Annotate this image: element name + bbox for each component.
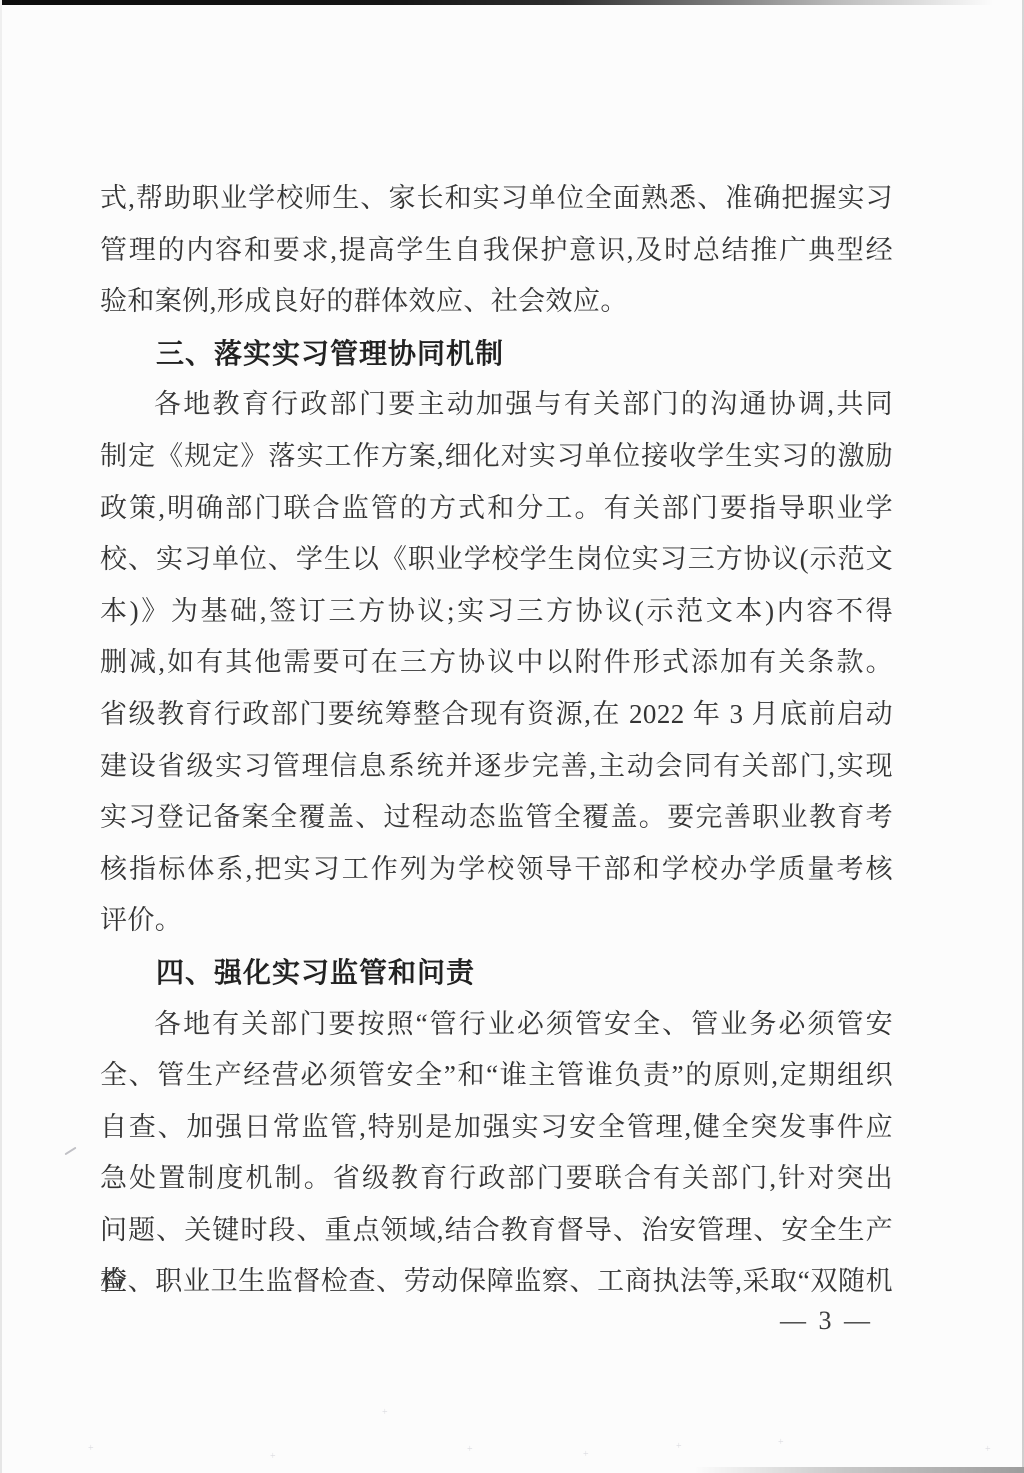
scan-bottom-edge-artifact [694, 1467, 1024, 1473]
scan-speck: + [583, 1450, 589, 1460]
scanned-document-page: 式,帮助职业学校师生、家长和实习单位全面熟悉、准确把握实习 管理的内容和要求,提… [0, 0, 1024, 1473]
scan-speck: + [88, 1444, 94, 1454]
scan-speck: + [270, 1452, 276, 1462]
text-line: 全、管生产经营必须管安全”和“谁主管谁负责”的原则,定期组织 [100, 1050, 893, 1102]
scan-speck: + [778, 1438, 784, 1448]
scan-artifact [64, 1147, 76, 1156]
text-line: 省级教育行政部门要统筹整合现有资源,在 2022 年 3 月底前启动 [100, 689, 893, 741]
scan-left-edge-artifact [0, 0, 2, 1473]
text-line: 自查、加强日常监管,特别是加强实习安全管理,健全突发事件应 [100, 1102, 893, 1154]
scan-speck: + [467, 1445, 473, 1455]
text-line: 核指标体系,把实习工作列为学校领导干部和学校办学质量考核 [100, 844, 893, 896]
text-line: 删减,如有其他需要可在三方协议中以附件形式添加有关条款。 [100, 637, 893, 689]
scan-top-edge-artifact [0, 0, 1024, 5]
scan-speck: + [985, 1445, 991, 1455]
text-line: 急处置制度机制。省级教育行政部门要联合有关部门,针对突出 [100, 1153, 893, 1205]
text-line: 问题、关键时段、重点领域,结合教育督导、治安管理、安全生产检 [100, 1205, 893, 1257]
text-line: 政策,明确部门联合监管的方式和分工。有关部门要指导职业学 [100, 483, 893, 535]
text-line: 建设省级实习管理信息系统并逐步完善,主动会同有关部门,实现 [100, 741, 893, 793]
text-line: 各地教育行政部门要主动加强与有关部门的沟通协调,共同 [100, 379, 893, 431]
page-number: — 3 — [780, 1300, 873, 1342]
text-line: 实习登记备案全覆盖、过程动态监管全覆盖。要完善职业教育考 [100, 792, 893, 844]
document-body: 式,帮助职业学校师生、家长和实习单位全面熟悉、准确把握实习 管理的内容和要求,提… [100, 173, 893, 1308]
text-line: 式,帮助职业学校师生、家长和实习单位全面熟悉、准确把握实习 [100, 173, 893, 225]
scan-speck: + [676, 1442, 682, 1452]
section-heading-3: 三、落实实习管理协同机制 [100, 328, 893, 380]
scan-speck: + [382, 1408, 388, 1418]
text-line: 校、实习单位、学生以《职业学校学生岗位实习三方协议(示范文 [100, 534, 893, 586]
text-line: 制定《规定》落实工作方案,细化对实习单位接收学生实习的激励 [100, 431, 893, 483]
text-line: 评价。 [100, 895, 893, 947]
text-line: 各地有关部门要按照“管行业必须管安全、管业务必须管安 [100, 999, 893, 1051]
text-line: 验和案例,形成良好的群体效应、社会效应。 [100, 276, 893, 328]
section-heading-4: 四、强化实习监管和问责 [100, 947, 893, 999]
text-line: 查、职业卫生监督检查、劳动保障监察、工商执法等,采取“双随机 [100, 1256, 893, 1308]
text-line: 本)》为基础,签订三方协议;实习三方协议(示范文本)内容不得 [100, 586, 893, 638]
text-line: 管理的内容和要求,提高学生自我保护意识,及时总结推广典型经 [100, 225, 893, 277]
